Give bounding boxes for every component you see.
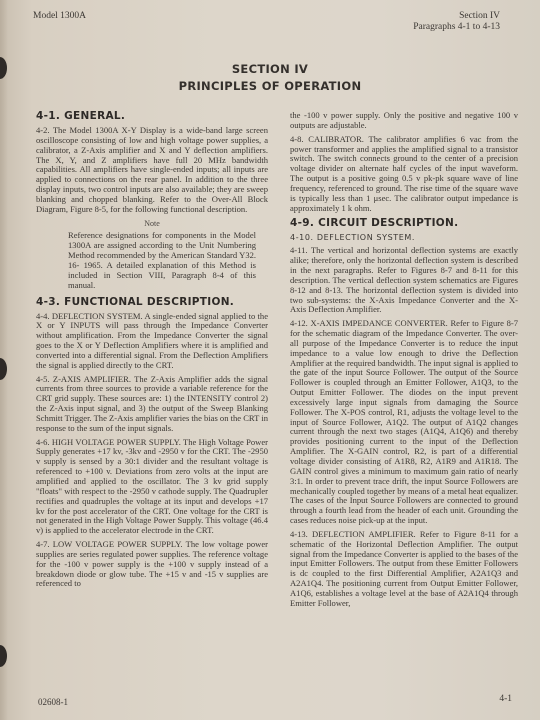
header-section: Section IV [413, 11, 500, 22]
paragraph-4-7: 4-7. LOW VOLTAGE POWER SUPPLY. The low v… [36, 540, 268, 589]
section-name: PRINCIPLES OF OPERATION [0, 78, 540, 95]
document-number: 02608-1 [38, 697, 68, 707]
heading-functional-description: 4-3. FUNCTIONAL DESCRIPTION. [36, 296, 268, 309]
note-label: Note [36, 219, 268, 229]
paragraph-4-5: 4-5. Z-AXIS AMPLIFIER. The Z-Axis Amplif… [36, 375, 268, 434]
header-model: Model 1300A [33, 11, 86, 21]
paragraph-4-8: 4-8. CALIBRATOR. The calibrator amplifie… [290, 135, 518, 214]
page-number: 4-1 [499, 694, 512, 704]
paragraph-4-11: 4-11. The vertical and horizontal deflec… [290, 246, 518, 315]
paragraph-4-7-continued: the -100 v power supply. Only the positi… [290, 111, 518, 131]
section-number: SECTION IV [0, 61, 540, 78]
header-paragraphs: Paragraphs 4-1 to 4-13 [413, 22, 500, 33]
paragraph-4-12: 4-12. X-AXIS IMPEDANCE CONVERTER. Refer … [290, 319, 518, 526]
paragraph-4-2: 4-2. The Model 1300A X-Y Display is a wi… [36, 126, 268, 215]
paragraph-4-6: 4-6. HIGH VOLTAGE POWER SUPPLY. The High… [36, 438, 268, 536]
heading-deflection-system: 4-10. DEFLECTION SYSTEM. [290, 233, 518, 243]
section-title: SECTION IV PRINCIPLES OF OPERATION [0, 61, 540, 95]
paragraph-4-13: 4-13. DEFLECTION AMPLIFIER. Refer to Fig… [290, 530, 518, 609]
right-column: the -100 v power supply. Only the positi… [290, 111, 518, 613]
heading-general: 4-1. GENERAL. [36, 110, 268, 123]
heading-circuit-description: 4-9. CIRCUIT DESCRIPTION. [290, 217, 518, 230]
left-column: 4-1. GENERAL. 4-2. The Model 1300A X-Y D… [36, 110, 268, 593]
note-text: Reference designations for components in… [68, 231, 256, 290]
header-section-info: Section IV Paragraphs 4-1 to 4-13 [413, 11, 500, 33]
paragraph-4-4: 4-4. DEFLECTION SYSTEM. A single-ended s… [36, 312, 268, 371]
